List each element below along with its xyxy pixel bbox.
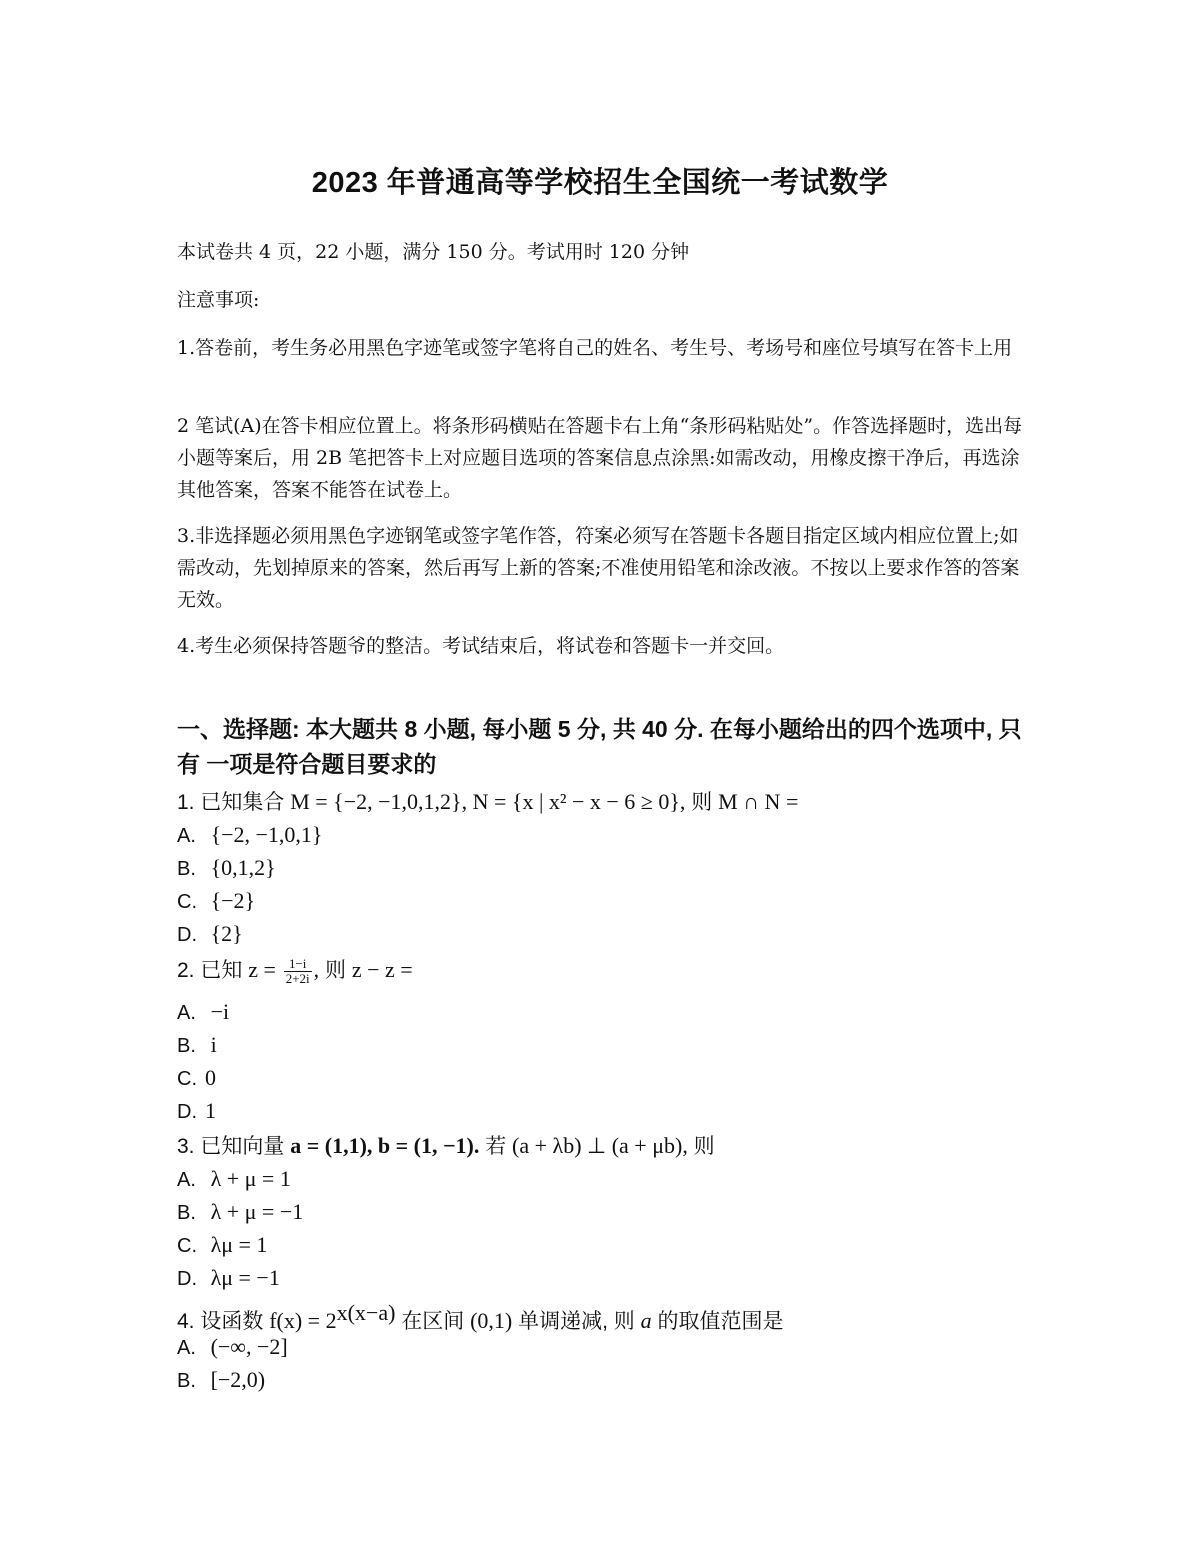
question-1: 1. 已知集合 M = {−2, −1,0,1,2}, N = {x | x² … [177, 785, 1057, 819]
option-label: B. [177, 1365, 205, 1398]
question-stem-text: 已知集合 [200, 791, 284, 814]
option-value: {2} [211, 921, 243, 946]
option-value: λμ = −1 [211, 1265, 280, 1290]
question-stem-mid: 若 [485, 1135, 506, 1158]
option-value: λ + μ = 1 [211, 1166, 291, 1191]
option-value: i [211, 1032, 217, 1057]
option-label: C. [177, 1230, 205, 1263]
option-value: {0,1,2} [211, 855, 276, 880]
option-3b: B. λ + μ = −1 [177, 1195, 303, 1230]
exponent: x(x−a) [337, 1300, 396, 1325]
option-label: D. [177, 1263, 205, 1296]
option-3c: C. λμ = 1 [177, 1228, 267, 1263]
option-value: −i [211, 999, 230, 1024]
section-heading: 一、选择题: 本大题共 8 小题, 每小题 5 分, 共 40 分. 在每小题给… [177, 712, 1037, 782]
option-value: 0 [205, 1065, 216, 1090]
question-number: 3. [177, 1135, 195, 1158]
question-stem-tail: 则 [694, 1135, 715, 1158]
option-value: {−2} [211, 888, 256, 913]
question-stem-mid: 在区间 [401, 1310, 464, 1333]
question-4: 4. 设函数 f(x) = 2x(x−a) 在区间 (0,1) 单调递减, 则 … [177, 1296, 1057, 1338]
option-1a: A. {−2, −1,0,1} [177, 818, 323, 853]
option-label: B. [177, 1030, 205, 1063]
option-label: D. [177, 1096, 205, 1129]
option-1c: C. {−2} [177, 884, 255, 919]
option-label: A. [177, 1332, 205, 1365]
exam-title: 2023 年普通高等学校招生全国统一考试数学 [0, 160, 1200, 201]
question-stem-tail: 则 [325, 959, 346, 982]
option-label: B. [177, 1197, 205, 1230]
notice-item-1: 1.答卷前，考生务必用黑色字迹笔或签字笔将自己的姓名、考生号、考场号和座位号填写… [177, 332, 1027, 364]
question-stem-math: a = (1,1), b = (1, −1). [290, 1133, 479, 1158]
option-label: A. [177, 820, 205, 853]
fraction: 1−i2+2i [284, 957, 312, 986]
comma: , [314, 957, 320, 982]
option-4a: A. (−∞, −2] [177, 1330, 288, 1365]
option-2c: C.0 [177, 1061, 216, 1096]
option-value: λ + μ = −1 [211, 1199, 304, 1224]
question-number: 1. [177, 791, 195, 814]
option-value: 1 [205, 1098, 216, 1123]
option-value: (−∞, −2] [211, 1334, 288, 1359]
question-3: 3. 已知向量 a = (1,1), b = (1, −1). 若 (a + λ… [177, 1129, 1057, 1163]
question-stem-math: M = {−2, −1,0,1,2}, N = {x | x² − x − 6 … [290, 789, 685, 814]
option-label: A. [177, 997, 205, 1030]
question-stem-mid2: 单调递减, 则 [518, 1310, 635, 1333]
question-stem-math3: a [641, 1308, 652, 1333]
option-label: A. [177, 1164, 205, 1197]
option-1b: B. {0,1,2} [177, 851, 276, 886]
option-1d: D. {2} [177, 917, 243, 952]
option-label: B. [177, 853, 205, 886]
option-label: D. [177, 919, 205, 952]
question-stem-math2: (a + λb) ⊥ (a + μb), [512, 1133, 688, 1158]
question-stem-math2: (0,1) [470, 1308, 512, 1333]
question-stem-math: z = [248, 957, 276, 982]
question-stem-text: 已知向量 [200, 1135, 284, 1158]
option-3a: A. λ + μ = 1 [177, 1162, 291, 1197]
option-2d: D.1 [177, 1094, 216, 1129]
option-label: C. [177, 886, 205, 919]
notice-item-4: 4.考生必须保持答题爷的整洁。考试结束后，将试卷和答题卡一并交回。 [177, 630, 1027, 662]
notice-item-3: 3.非选择题必须用黑色字迹钢笔或签字笔作答，符案必须写在答题卡各题目指定区域内相… [177, 520, 1027, 616]
option-value: [−2,0) [211, 1367, 266, 1392]
option-3d: D. λμ = −1 [177, 1261, 280, 1296]
option-value: {−2, −1,0,1} [211, 822, 323, 847]
option-2b: B. i [177, 1028, 217, 1063]
question-stem-text: 已知 [200, 959, 242, 982]
question-stem-tail: 的取值范围是 [657, 1310, 783, 1333]
fraction-numerator: 1−i [284, 957, 312, 972]
fraction-denominator: 2+2i [284, 972, 312, 986]
question-stem-tail-math: z − z = [352, 957, 413, 982]
question-number: 2. [177, 959, 195, 982]
exam-intro: 本试卷共 4 页，22 小题，满分 150 分。考试用时 120 分钟 [177, 236, 1027, 268]
option-2a: A. −i [177, 995, 229, 1030]
option-4b: B. [−2,0) [177, 1363, 265, 1398]
exam-page: 2023 年普通高等学校招生全国统一考试数学 本试卷共 4 页，22 小题，满分… [0, 0, 1200, 1553]
question-2: 2. 已知 z = 1−i2+2i, 则 z − z = [177, 953, 1057, 987]
question-stem-tail: 则 [691, 791, 712, 814]
notice-heading: 注意事项: [177, 284, 1027, 316]
option-value: λμ = 1 [211, 1232, 268, 1257]
option-label: C. [177, 1063, 205, 1096]
notice-item-2: 2 笔试(A)在答卡相应位置上。将条形码横贴在答题卡右上角“条形码粘贴处”。作答… [177, 410, 1027, 506]
question-stem-tail-math: M ∩ N = [718, 789, 798, 814]
